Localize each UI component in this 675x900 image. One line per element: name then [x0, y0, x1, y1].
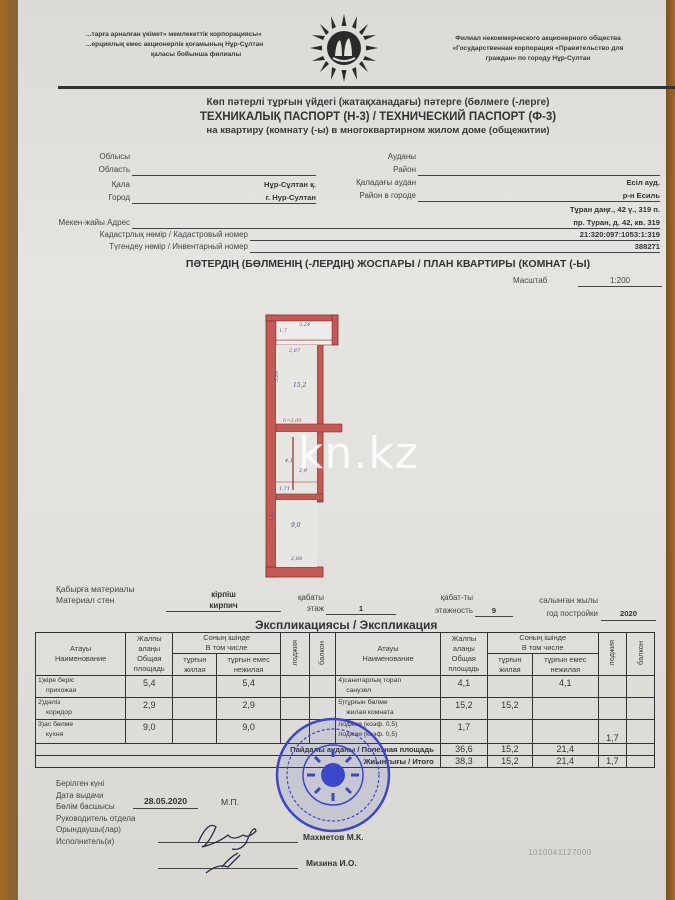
title-line-kz: Көп пәтерлі тұрғын үйдегі (жатақханадағы… [98, 96, 658, 110]
issue-date-value: 28.05.2020 [133, 796, 198, 806]
grand-total-total: 38,3 [440, 756, 487, 768]
wall-value-ru: кирпич [166, 600, 281, 611]
floors-label-kz: қабат-ты [413, 593, 473, 603]
city-field-line [132, 203, 316, 204]
address-value-kz: Тұран даңғ., 42 ү., 319 п. [418, 205, 660, 215]
head-name: Махметов М.К. [303, 832, 363, 842]
col-balcony-header: балкон [309, 633, 336, 676]
district-label-ru: Район в городе [318, 191, 416, 201]
room-balcony [627, 676, 655, 698]
floor-label-ru: этаж [276, 604, 324, 614]
room-name: 3)ас бөлмекухня [36, 720, 126, 744]
col-total-header: ЖалпыалаңыОбщаяплощадь [440, 633, 487, 676]
svg-text:2,88: 2,88 [290, 556, 302, 562]
explication-title: Экспликациясы / Экспликация [255, 618, 437, 632]
room-living [487, 720, 532, 744]
room-nonliving: 4,1 [532, 676, 598, 698]
room-balcony [627, 698, 655, 720]
grand-total-nonliving: 21,4 [532, 756, 598, 768]
org-kz-line: ...тарға арналған үкімет» мемлекеттік ко… [86, 30, 306, 40]
org-ru-line: «Государственная корпорация «Правительст… [413, 44, 663, 54]
kn-kz-watermark: kn.kz [298, 428, 419, 479]
year-label-kz: салынған жылы [518, 596, 598, 606]
useful-area-loggia [598, 744, 627, 756]
city-value-kz: Нұр-Сұлтан қ. [132, 180, 316, 190]
wall-value-kz: кірпіш [166, 589, 281, 600]
head-label-kz: Бөлім басшысы [56, 801, 135, 813]
room-loggia [598, 676, 627, 698]
title-main: ТЕХНИКАЛЫҚ ПАСПОРТ (Н-3) / ТЕХНИЧЕСКИЙ П… [98, 110, 658, 124]
col-incl-header: Соның ішіндеВ том числе [487, 633, 598, 654]
wall-material-label-kz: Қабырға материалы [56, 584, 135, 595]
issue-date-label-ru: Дата выдачи [56, 790, 135, 802]
col-nonliving-header: тұрғын емеснежилая [532, 654, 598, 676]
col-balcony-header: балкон [627, 633, 655, 676]
floor-field-line [326, 614, 396, 615]
cadastral-value: 21:320:097:1053:1:319 [418, 230, 660, 240]
inventory-field-line [250, 252, 660, 253]
room-balcony [627, 720, 655, 744]
room-total: 9,0 [126, 720, 173, 744]
useful-area-living: 15,2 [487, 744, 532, 756]
oblast-label-kz: Облысы [68, 152, 130, 162]
wall-material-value: кірпіш кирпич [166, 589, 281, 611]
wall-material-field-line [166, 611, 281, 612]
col-loggia-header: лоджия [598, 633, 627, 676]
signature-icon [188, 815, 268, 877]
raion-field-line [418, 175, 660, 176]
grand-total-loggia: 1,7 [598, 756, 627, 768]
svg-text:3,24: 3,24 [299, 322, 310, 328]
plan-title: ПӘТЕРДІҢ (БӨЛМЕНІҢ (-ЛЕРДІҢ) ЖОСПАРЫ / П… [118, 258, 658, 270]
floors-value: 9 [475, 606, 513, 616]
room-nonliving: 5,4 [217, 676, 281, 698]
useful-area-balcony [627, 744, 655, 756]
technical-passport-document: ...тарға арналған үкімет» мемлекеттік ко… [18, 0, 666, 900]
col-name-header: АтауыНаименование [336, 633, 441, 676]
inventory-value: 388271 [418, 242, 660, 252]
issue-date-label-kz: Берілген күні [56, 778, 135, 790]
svg-text:15,2: 15,2 [293, 382, 307, 389]
room-loggia [280, 676, 309, 698]
room-nonliving [532, 698, 598, 720]
svg-text:2,87: 2,87 [288, 348, 301, 354]
room-name: 2)дәлізкоридор [36, 698, 126, 720]
head-label-ru: Руководитель отдела [56, 813, 135, 825]
room-loggia [598, 698, 627, 720]
inventory-label: Түгендеу нөмір / Инвентарный номер [58, 242, 248, 252]
svg-text:h=3,00: h=3,00 [283, 418, 302, 424]
year-field-line [601, 620, 656, 621]
room-total: 1,7 [440, 720, 487, 744]
executor-name: Мизина И.О. [306, 858, 357, 868]
svg-text:5,29: 5,29 [274, 370, 280, 382]
org-ru-line: граждан» по городу Нұр-Султан [413, 54, 663, 64]
room-total: 15,2 [440, 698, 487, 720]
grand-total-living: 15,2 [487, 756, 532, 768]
useful-area-total: 36,6 [440, 744, 487, 756]
scale-label: Масштаб [513, 276, 547, 285]
footer-labels: Берілген күні Дата выдачи Бөлім басшысы … [56, 778, 135, 847]
wall-material-label: Қабырға материалы Материал стен [56, 584, 135, 606]
org-name-russian: Филиал некоммерческого акционерного обще… [413, 34, 663, 64]
oblast-label-ru: Область [68, 165, 130, 175]
executor-label-ru: Исполнитель(и) [56, 836, 135, 848]
raion-label-kz: Ауданы [338, 152, 416, 162]
room-living [173, 698, 217, 720]
svg-text:4,1: 4,1 [284, 458, 293, 464]
grand-total-balcony [627, 756, 655, 768]
cadastral-field-line [250, 240, 660, 241]
col-loggia-header: лоджия [280, 633, 309, 676]
official-stamp-icon [273, 715, 393, 835]
room-total: 4,1 [440, 676, 487, 698]
city-value-ru: г. Нур-Султан [132, 193, 316, 203]
seal-placeholder: М.П. [221, 797, 239, 807]
svg-text:9,0: 9,0 [291, 522, 301, 529]
document-title: Көп пәтерлі тұрғын үйдегі (жатақханадағы… [98, 96, 658, 138]
title-line-ru: на квартиру (комнату (-ы) в многоквартир… [98, 124, 658, 138]
table-row: 1)кіре берісприхожая 5,4 5,4 4)санитарлы… [36, 676, 655, 698]
useful-area-nonliving: 21,4 [532, 744, 598, 756]
district-label-kz: Қаладағы аудан [318, 178, 416, 188]
floors-label-ru: этажность [413, 606, 473, 616]
svg-text:1,7: 1,7 [279, 328, 288, 334]
svg-text:3,12: 3,12 [269, 511, 275, 522]
raion-label-ru: Район [338, 165, 416, 175]
col-incl-header: Соның ішіндеВ том числе [173, 633, 281, 654]
year-value: 2020 [601, 609, 656, 619]
room-nonliving [532, 720, 598, 744]
room-balcony [309, 676, 336, 698]
floor-value: 1 [326, 604, 396, 614]
scale-field-line [578, 286, 662, 287]
wall-material-label-ru: Материал стен [56, 595, 135, 606]
scale-value: 1:200 [578, 276, 662, 285]
room-living [173, 676, 217, 698]
room-name: 1)кіре берісприхожая [36, 676, 126, 698]
svg-text:1,71: 1,71 [279, 486, 290, 492]
city-label-kz: Қала [68, 180, 130, 190]
room-living: 15,2 [487, 698, 532, 720]
col-total-header: ЖалпыалаңыОбщаяплощадь [126, 633, 173, 676]
cadastral-label: Кадастрлық нөмір / Кадастровый номер [58, 230, 248, 240]
floors-field-line [475, 616, 513, 617]
floor-label-kz: қабаты [276, 593, 324, 603]
district-value-ru: р-н Есиль [418, 191, 660, 201]
room-living [173, 720, 217, 744]
org-name-kazakh: ...тарға арналған үкімет» мемлекеттік ко… [86, 30, 306, 60]
table-header-row: АтауыНаименование ЖалпыалаңыОбщаяплощадь… [36, 633, 655, 654]
executor-label-kz: Орындаушы(лар) [56, 824, 135, 836]
room-nonliving: 2,9 [217, 698, 281, 720]
col-living-header: тұрғынжилая [487, 654, 532, 676]
room-loggia: 1,7 [598, 720, 627, 744]
document-serial-number: 1010041127000 [528, 848, 592, 857]
room-total: 5,4 [126, 676, 173, 698]
room-total: 2,9 [126, 698, 173, 720]
room-name: 4)санитарлық торапсанузел [336, 676, 441, 698]
org-kz-line: ...ерциялық емес акционерлік қоғамының Н… [86, 40, 306, 50]
room-nonliving: 9,0 [217, 720, 281, 744]
col-name-header: АтауыНаименование [36, 633, 126, 676]
address-value-ru: пр. Туран, д. 42, кв. 319 [418, 218, 660, 228]
district-field-line [418, 201, 660, 202]
header-divider [58, 86, 675, 89]
oblast-field-line [132, 175, 316, 176]
year-label-ru: год постройки [518, 609, 598, 619]
address-label: Мекен-жайы Адрес [48, 218, 130, 228]
col-living-header: тұрғынжилая [173, 654, 217, 676]
issue-date-line [133, 808, 198, 809]
city-label-ru: Город [68, 193, 130, 203]
district-value-kz: Есіл ауд. [418, 178, 660, 188]
room-living [487, 676, 532, 698]
org-kz-line: қаласы бойынша филиалы [86, 50, 306, 60]
org-ru-line: Филиал некоммерческого акционерного обще… [413, 34, 663, 44]
col-nonliving-header: тұрғын емеснежилая [217, 654, 281, 676]
sun-family-logo-icon [308, 12, 380, 84]
address-field-line [132, 228, 660, 229]
